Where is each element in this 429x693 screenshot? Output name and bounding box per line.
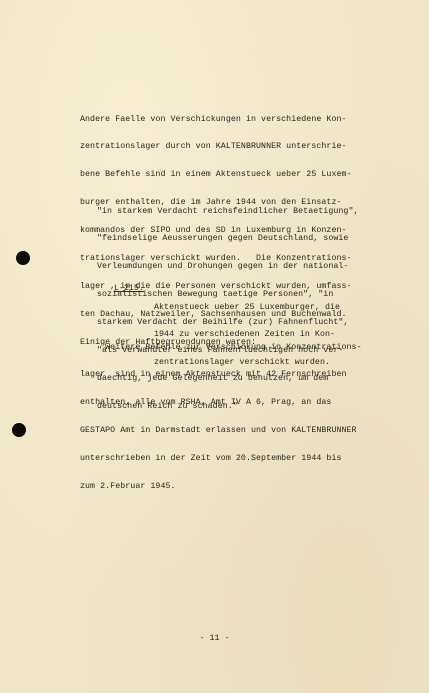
- punch-hole-bottom: [12, 423, 26, 437]
- document-reference-id: L-215.: [114, 284, 144, 293]
- text-line: zum 2.Februar 1945.: [80, 482, 362, 491]
- quote-line: "feindselige Aeusserungen gegen Deutschl…: [97, 234, 359, 243]
- text-line: unterschrieben in der Zeit vom 20.Septem…: [80, 454, 362, 463]
- punch-hole-top: [16, 251, 30, 265]
- text-line: GESTAPO Amt in Darmstadt erlassen und vo…: [80, 426, 362, 435]
- quote-line: Verleumdungen und Drohungen gegen in der…: [97, 262, 359, 271]
- reference-line: Aktenstueck ueber 25 Luxemburger, die: [154, 303, 340, 312]
- text-line: lager sind in einem Aktenstueck mit 42 F…: [80, 370, 362, 379]
- text-line: bene Befehle sind in einem Aktenstueck u…: [80, 170, 352, 179]
- quote-line: "in starkem Verdacht reichsfeindlicher B…: [97, 207, 359, 216]
- text-line: zentrationslager durch von KALTENBRUNNER…: [80, 142, 352, 151]
- page-number: - 11 -: [0, 634, 429, 644]
- document-page: Andere Faelle von Verschickungen in vers…: [0, 0, 429, 693]
- text-line: Andere Faelle von Verschickungen in vers…: [80, 115, 352, 124]
- text-line: Weitere Befehle zur Verschickung in Konz…: [80, 343, 362, 352]
- text-line: enthalten, alle vom RSHA, Amt IV A 6, Pr…: [80, 398, 362, 407]
- paragraph-further-orders: Weitere Befehle zur Verschickung in Konz…: [80, 324, 362, 510]
